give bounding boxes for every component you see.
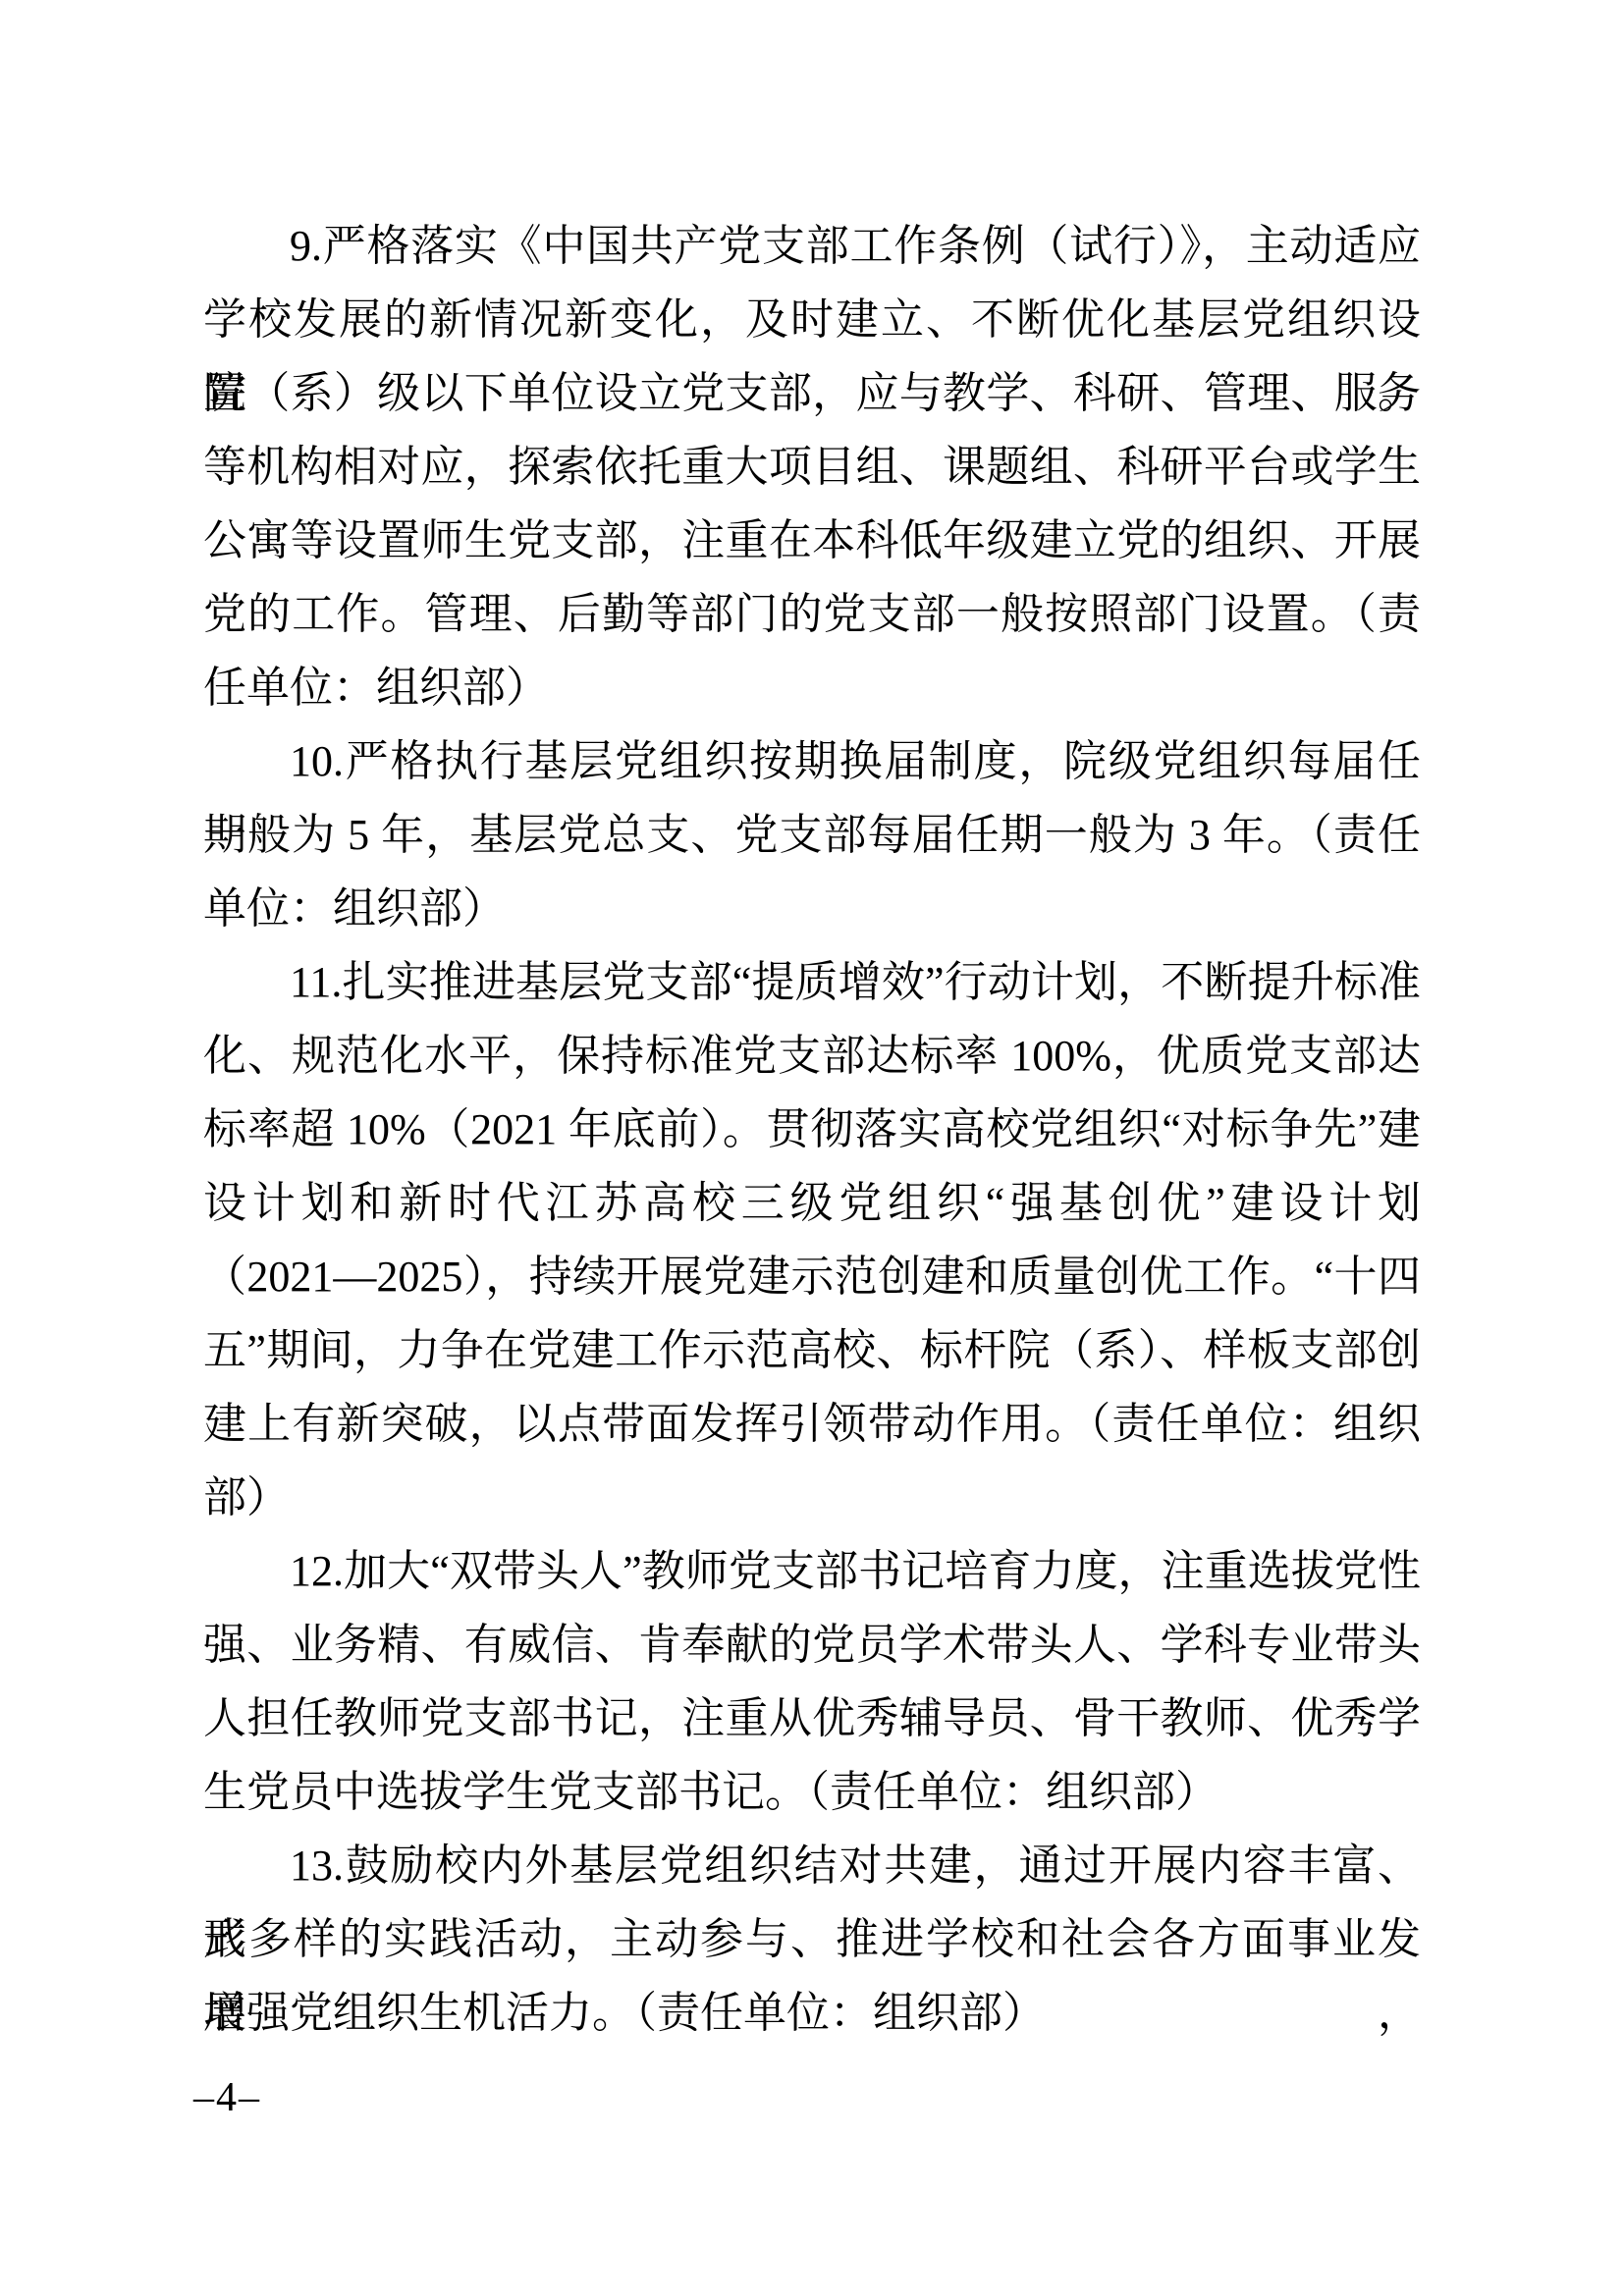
text-line: 式多样的实践活动，主动参与、推进学校和社会各方面事业发展， xyxy=(203,1902,1421,1976)
text-line: 任单位：组织部） xyxy=(203,651,1421,724)
text-line: （2021—2025），持续开展党建示范创建和质量创优工作。“十四 xyxy=(203,1240,1421,1313)
document-page: 9.严格落实《中国共产党支部工作条例（试行）》，主动适应 学校发展的新情况新变化… xyxy=(0,0,1624,2296)
text-line: 生党员中选拔学生党支部书记。（责任单位：组织部） xyxy=(203,1755,1421,1829)
paragraph-item-9: 9.严格落实《中国共产党支部工作条例（试行）》，主动适应 学校发展的新情况新变化… xyxy=(203,209,1421,724)
paragraph-item-12: 12.加大“双带头人”教师党支部书记培育力度，注重选拔党性 强、业务精、有威信、… xyxy=(203,1534,1421,1829)
text-line: 化、规范化水平，保持标准党支部达标率 100%，优质党支部达 xyxy=(203,1019,1421,1093)
text-line: 设计划和新时代江苏高校三级党组织“强基创优”建设计划 xyxy=(203,1166,1421,1240)
text-line: 9.严格落实《中国共产党支部工作条例（试行）》，主动适应 xyxy=(203,209,1421,283)
text-line: 人担任教师党支部书记，注重从优秀辅导员、骨干教师、优秀学 xyxy=(203,1682,1421,1755)
text-line: 强、业务精、有威信、肯奉献的党员学术带头人、学科专业带头 xyxy=(203,1608,1421,1682)
paragraph-item-13: 13.鼓励校内外基层党组织结对共建，通过开展内容丰富、形 式多样的实践活动，主动… xyxy=(203,1829,1421,2050)
text-line: 标率超 10%（2021 年底前）。贯彻落实高校党组织“对标争先”建 xyxy=(203,1093,1421,1166)
text-line: 一般为 5 年，基层党总支、党支部每届任期一般为 3 年。（责任 xyxy=(203,798,1421,872)
text-line: 等机构相对应，探索依托重大项目组、课题组、科研平台或学生 xyxy=(203,430,1421,504)
text-line: 部） xyxy=(203,1461,1421,1534)
text-line: 12.加大“双带头人”教师党支部书记培育力度，注重选拔党性 xyxy=(203,1534,1421,1608)
text-line: 公寓等设置师生党支部，注重在本科低年级建立党的组织、开展 xyxy=(203,504,1421,577)
page-number: –4– xyxy=(193,2077,261,2118)
paragraph-item-10: 10.严格执行基层党组织按期换届制度，院级党组织每届任期 一般为 5 年，基层党… xyxy=(203,724,1421,945)
text-line: 10.严格执行基层党组织按期换届制度，院级党组织每届任期 xyxy=(203,724,1421,798)
text-line: 院（系）级以下单位设立党支部，应与教学、科研、管理、服务 xyxy=(203,356,1421,430)
text-line: 单位：组织部） xyxy=(203,872,1421,945)
text-line: 党的工作。管理、后勤等部门的党支部一般按照部门设置。（责 xyxy=(203,577,1421,651)
text-line: 建上有新突破，以点带面发挥引领带动作用。（责任单位：组织 xyxy=(203,1387,1421,1461)
text-line: 11.扎实推进基层党支部“提质增效”行动计划，不断提升标准 xyxy=(203,945,1421,1019)
text-line: 学校发展的新情况新变化，及时建立、不断优化基层党组织设置。 xyxy=(203,283,1421,356)
document-body: 9.严格落实《中国共产党支部工作条例（试行）》，主动适应 学校发展的新情况新变化… xyxy=(203,209,1421,2050)
paragraph-item-11: 11.扎实推进基层党支部“提质增效”行动计划，不断提升标准 化、规范化水平，保持… xyxy=(203,945,1421,1534)
text-line: 13.鼓励校内外基层党组织结对共建，通过开展内容丰富、形 xyxy=(203,1829,1421,1902)
text-line: 五”期间，力争在党建工作示范高校、标杆院（系）、样板支部创 xyxy=(203,1313,1421,1387)
